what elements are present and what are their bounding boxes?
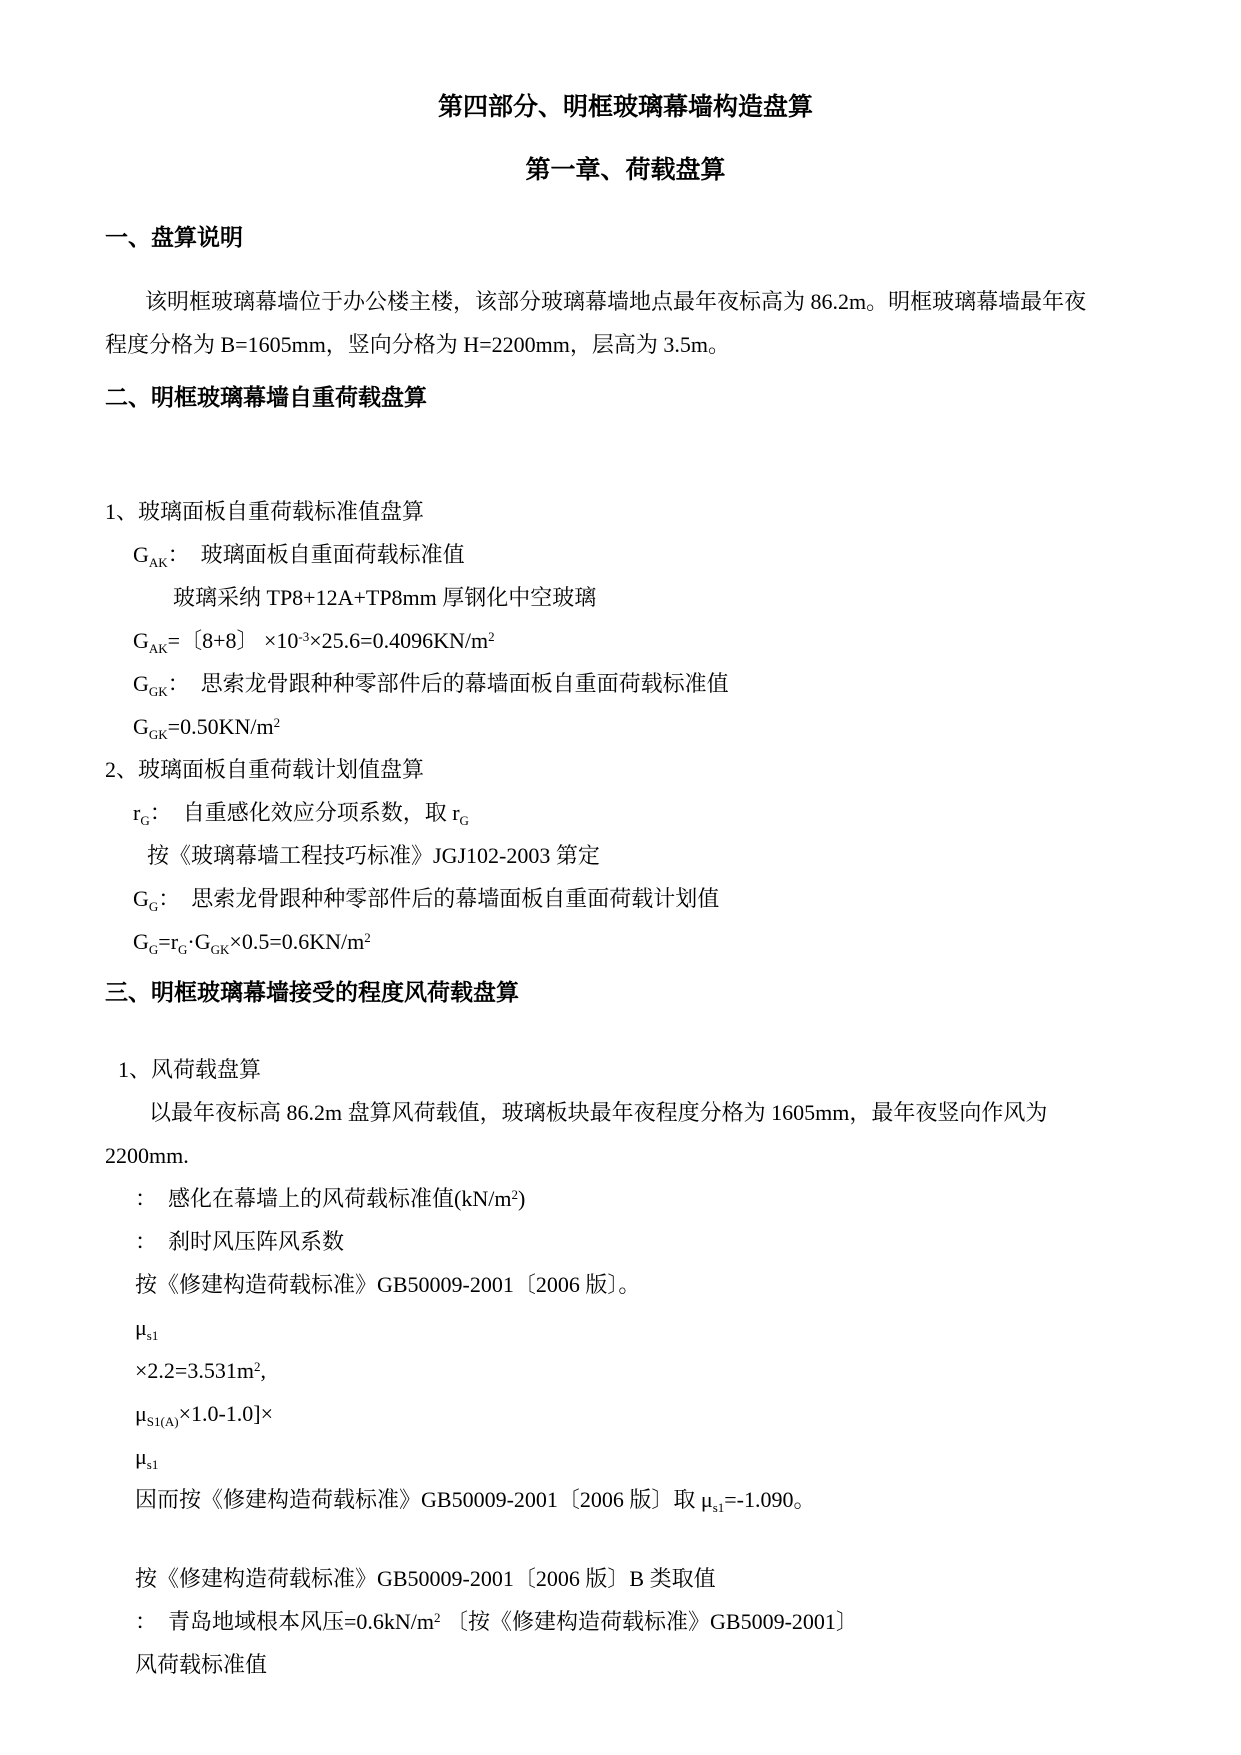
- rg-definition: rG： 自重感化效应分项系数，取 rG: [133, 791, 1146, 834]
- gg-formula-part3: ×0.5=0.6KN/m: [229, 929, 364, 954]
- gg-formula-sq: 2: [364, 930, 371, 945]
- b-class-line: 按《修建构造荷载标准》GB50009-2001〔2006 版〕B 类取值: [135, 1557, 1146, 1600]
- gak-definition: GAK： 玻璃面板自重面荷载标准值: [133, 533, 1146, 576]
- mu-subscript1: s1: [147, 1328, 159, 1343]
- ggk-symbol-subscript: GK: [149, 684, 168, 699]
- ggk-value-sq: 2: [274, 715, 281, 730]
- qingdao-wind-text1: ： 青岛地域根本风压=0.6kN/m: [135, 1609, 434, 1634]
- part-title: 第四部分、明框玻璃幕墙构造盘算: [105, 90, 1146, 126]
- wind-paragraph-line1: 以最年夜标高 86.2m 盘算风荷载值，玻璃板块最年夜程度分格为 1605mm，…: [105, 1091, 1146, 1134]
- conclusion-text1: 因而按《修建构造荷载标准》GB50009-2001〔2006 版〕取 μ: [135, 1487, 713, 1512]
- section2-item1: 1、玻璃面板自重荷载标准值盘算: [105, 490, 1146, 533]
- gak-formula-part1: =〔8+8〕 ×10: [168, 628, 299, 653]
- section2-item2: 2、玻璃面板自重荷载计划值盘算: [105, 748, 1146, 791]
- rg-definition-text: ： 自重感化效应分项系数，取 r: [150, 800, 460, 825]
- mu-s1a-calc-line: μS1(A)×1.0-1.0]×: [135, 1392, 1146, 1435]
- section2-heading: 二、明框玻璃幕墙自重荷载盘算: [105, 382, 1146, 414]
- gg-formula-subscript1: G: [149, 942, 158, 957]
- wk-definition: ： 感化在幕墙上的风荷载标准值(kN/m2): [135, 1177, 1146, 1220]
- ggk-value: GGK=0.50KN/m2: [133, 705, 1146, 748]
- gak-formula-part2: ×25.6=0.4096KN/m: [309, 628, 488, 653]
- conclusion-line: 因而按《修建构造荷载标准》GB50009-2001〔2006 版〕取 μs1=-…: [135, 1478, 1146, 1521]
- section1-heading: 一、盘算说明: [105, 222, 1146, 254]
- mu-subscript-s1a: S1(A): [147, 1414, 179, 1429]
- gak-formula: GAK=〔8+8〕 ×10-3×25.6=0.4096KN/m2: [133, 619, 1146, 662]
- gg-formula-subscript2: G: [178, 942, 187, 957]
- mu-symbol2: μ: [135, 1444, 147, 1469]
- ggk-value-text: =0.50KN/m: [168, 714, 274, 739]
- document-page: 第四部分、明框玻璃幕墙构造盘算 第一章、荷载盘算 一、盘算说明 该明框玻璃幕墙位…: [0, 0, 1241, 1755]
- gg-symbol: G: [133, 886, 149, 911]
- gg-formula-part2: ·G: [187, 929, 210, 954]
- ggk-definition-text: ： 思索龙骨跟种种零部件后的幕墙面板自重面荷载标准值: [168, 671, 729, 696]
- ggk-definition: GGK： 思索龙骨跟种种零部件后的幕墙面板自重面荷载标准值: [133, 662, 1146, 705]
- area-calc-line: ×2.2=3.531m2,: [135, 1349, 1146, 1392]
- mu-symbol-s1a: μ: [135, 1401, 147, 1426]
- mu-s1a-calc-text: ×1.0-1.0]×: [179, 1401, 273, 1426]
- glass-spec-line: 玻璃采纳 TP8+12A+TP8mm 厚钢化中空玻璃: [173, 576, 1146, 619]
- gak-definition-text: ： 玻璃面板自重面荷载标准值: [168, 542, 465, 567]
- gg-formula-symbol: G: [133, 929, 149, 954]
- gak-formula-symbol: G: [133, 628, 149, 653]
- mu-s1-line2: μs1: [135, 1435, 1146, 1478]
- mu-symbol1: μ: [135, 1315, 147, 1340]
- ggk-value-subscript: GK: [149, 727, 168, 742]
- ggk-value-symbol: G: [133, 714, 149, 739]
- gb-reference-line: 按《修建构造荷载标准》GB50009-2001〔2006 版〕。: [135, 1263, 1146, 1306]
- gust-definition: ： 刹时风压阵风系数: [135, 1220, 1146, 1263]
- section3-item1: 1、风荷载盘算: [118, 1048, 1146, 1091]
- conclusion-subscript: s1: [713, 1500, 725, 1515]
- gg-formula: GG=rG·GGK×0.5=0.6KN/m2: [133, 920, 1146, 963]
- gak-formula-exponent: -3: [298, 629, 309, 644]
- gg-formula-subscript3: GK: [211, 942, 230, 957]
- gak-symbol: G: [133, 542, 149, 567]
- area-calc-text: ×2.2=3.531m: [135, 1358, 254, 1383]
- section3-heading: 三、明框玻璃幕墙接受的程度风荷载盘算: [105, 977, 1146, 1009]
- area-calc-comma: ,: [260, 1358, 266, 1383]
- ggk-symbol: G: [133, 671, 149, 696]
- mu-s1-line1: μs1: [135, 1306, 1146, 1349]
- section1-paragraph-line1: 该明框玻璃幕墙位于办公楼主楼，该部分玻璃幕墙地点最年夜标高为 86.2m。明框玻…: [105, 280, 1146, 323]
- gg-definition-text: ： 思索龙骨跟种种零部件后的幕墙面板自重面荷载计划值: [158, 886, 719, 911]
- qingdao-wind-line: ： 青岛地域根本风压=0.6kN/m2 〔按《修建构造荷载标准》GB5009-2…: [135, 1600, 1146, 1643]
- wk-definition-close: ): [518, 1186, 525, 1211]
- gak-formula-subscript: AK: [149, 641, 168, 656]
- chapter-title: 第一章、荷载盘算: [105, 153, 1146, 189]
- conclusion-text2: =-1.090。: [724, 1487, 815, 1512]
- wind-standard-line: 风荷载标准值: [135, 1643, 1146, 1686]
- rg-symbol-subscript2: G: [460, 813, 469, 828]
- wind-paragraph-line2: 2200mm.: [105, 1134, 1146, 1177]
- gg-symbol-subscript: G: [149, 899, 158, 914]
- rg-symbol-subscript: G: [140, 813, 149, 828]
- gak-formula-sq: 2: [488, 629, 495, 644]
- gak-symbol-subscript: AK: [149, 555, 168, 570]
- wk-definition-text: ： 感化在幕墙上的风荷载标准值(kN/m: [135, 1186, 511, 1211]
- qingdao-wind-text2: 〔按《修建构造荷载标准》GB5009-2001〕: [441, 1609, 858, 1634]
- section1-paragraph-line2: 程度分格为 B=1605mm，竖向分格为 H=2200mm，层高为 3.5m。: [105, 323, 1146, 366]
- jgj-reference-line: 按《玻璃幕墙工程技巧标准》JGJ102-2003 第定: [147, 834, 1146, 877]
- gg-formula-part1: =r: [158, 929, 178, 954]
- mu-subscript2: s1: [147, 1457, 159, 1472]
- gg-definition: GG： 思索龙骨跟种种零部件后的幕墙面板自重面荷载计划值: [133, 877, 1146, 920]
